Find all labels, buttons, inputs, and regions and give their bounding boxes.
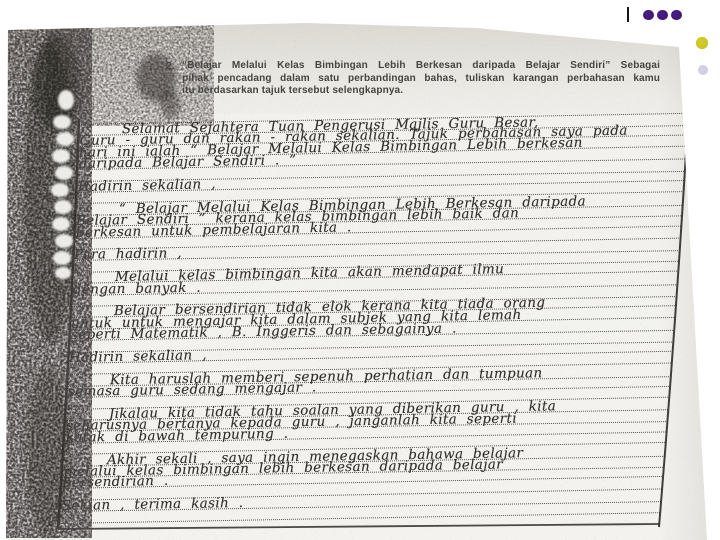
side-dot-lavender: [698, 65, 709, 76]
purple-dot-1: [643, 10, 654, 21]
binding-smudge: [6, 22, 216, 540]
slide: 2. “Belajar Melalui Kelas Bimbingan Lebi…: [0, 0, 720, 540]
divider-bar: [627, 7, 629, 22]
scanned-document: 2. “Belajar Melalui Kelas Bimbingan Lebi…: [6, 22, 710, 540]
purple-dot-3: [671, 10, 682, 21]
side-dot-yellow: [696, 37, 708, 49]
purple-dot-2: [657, 10, 668, 21]
